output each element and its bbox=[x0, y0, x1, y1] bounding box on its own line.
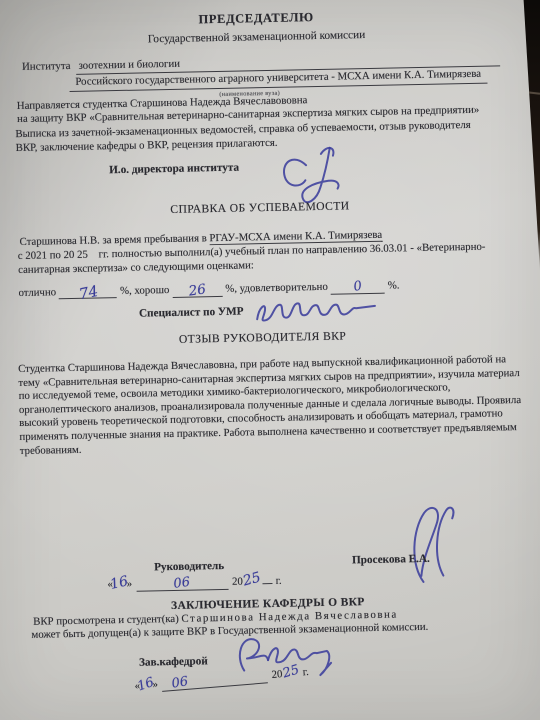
review-date-line: « 16 » 06 20 25 г. bbox=[107, 574, 281, 592]
good-label: %, хорошо bbox=[120, 284, 170, 299]
review-title: ОТЗЫВ РУКОВОДИТЕЛЯ ВКР bbox=[0, 326, 526, 350]
conclusion-date-month-blank: 06 bbox=[161, 668, 268, 691]
document-content: ПРЕДСЕДАТЕЛЮ Государственной экзаменацио… bbox=[0, 0, 540, 720]
transcript-title: СПРАВКА ОБ УСПЕВАЕМОСТИ bbox=[0, 196, 523, 220]
review-date-year-handwritten: 25 bbox=[242, 571, 263, 589]
supervisor-signature-icon bbox=[395, 504, 461, 585]
supervisor-name: Просекова Е.А. bbox=[352, 553, 430, 568]
department-head-title: Зав.кафедрой bbox=[139, 655, 208, 670]
umr-specialist-title: Специалист по УМР bbox=[139, 306, 244, 322]
umr-signature-icon bbox=[251, 291, 384, 328]
transcript-line-1-prefix: Старшинова Н.В. за время пребывания в bbox=[19, 232, 209, 248]
commission-subtitle: Государственной экзаменационной комиссии bbox=[0, 26, 520, 50]
excellent-blank: 74 bbox=[59, 283, 117, 299]
director-signature-icon bbox=[276, 142, 355, 208]
acting-director-title: И.о. директора института bbox=[109, 162, 239, 178]
review-body: Студентка Старшинова Надежда Вячеславовн… bbox=[18, 353, 529, 458]
percent-end: %. bbox=[388, 279, 400, 293]
review-date-month-blank: 06 bbox=[136, 575, 228, 591]
supervisor-role: Руководитель bbox=[154, 560, 224, 575]
institute-label: Института bbox=[22, 60, 71, 75]
excellent-value-handwritten: 74 bbox=[78, 285, 99, 302]
document-photo: ПРЕДСЕДАТЕЛЮ Государственной экзаменацио… bbox=[0, 0, 540, 720]
review-date-month-handwritten: 06 bbox=[173, 576, 191, 592]
conclusion-date-year-handwritten: 25 bbox=[281, 663, 301, 681]
good-value-handwritten: 26 bbox=[188, 283, 207, 299]
review-date-suffix: г. bbox=[276, 575, 282, 589]
excellent-label: отлично bbox=[18, 286, 56, 300]
good-blank: 26 bbox=[172, 282, 222, 298]
conclusion-date-month-handwritten: 06 bbox=[171, 675, 190, 691]
conclusion-date-suffix: г. bbox=[302, 666, 309, 680]
